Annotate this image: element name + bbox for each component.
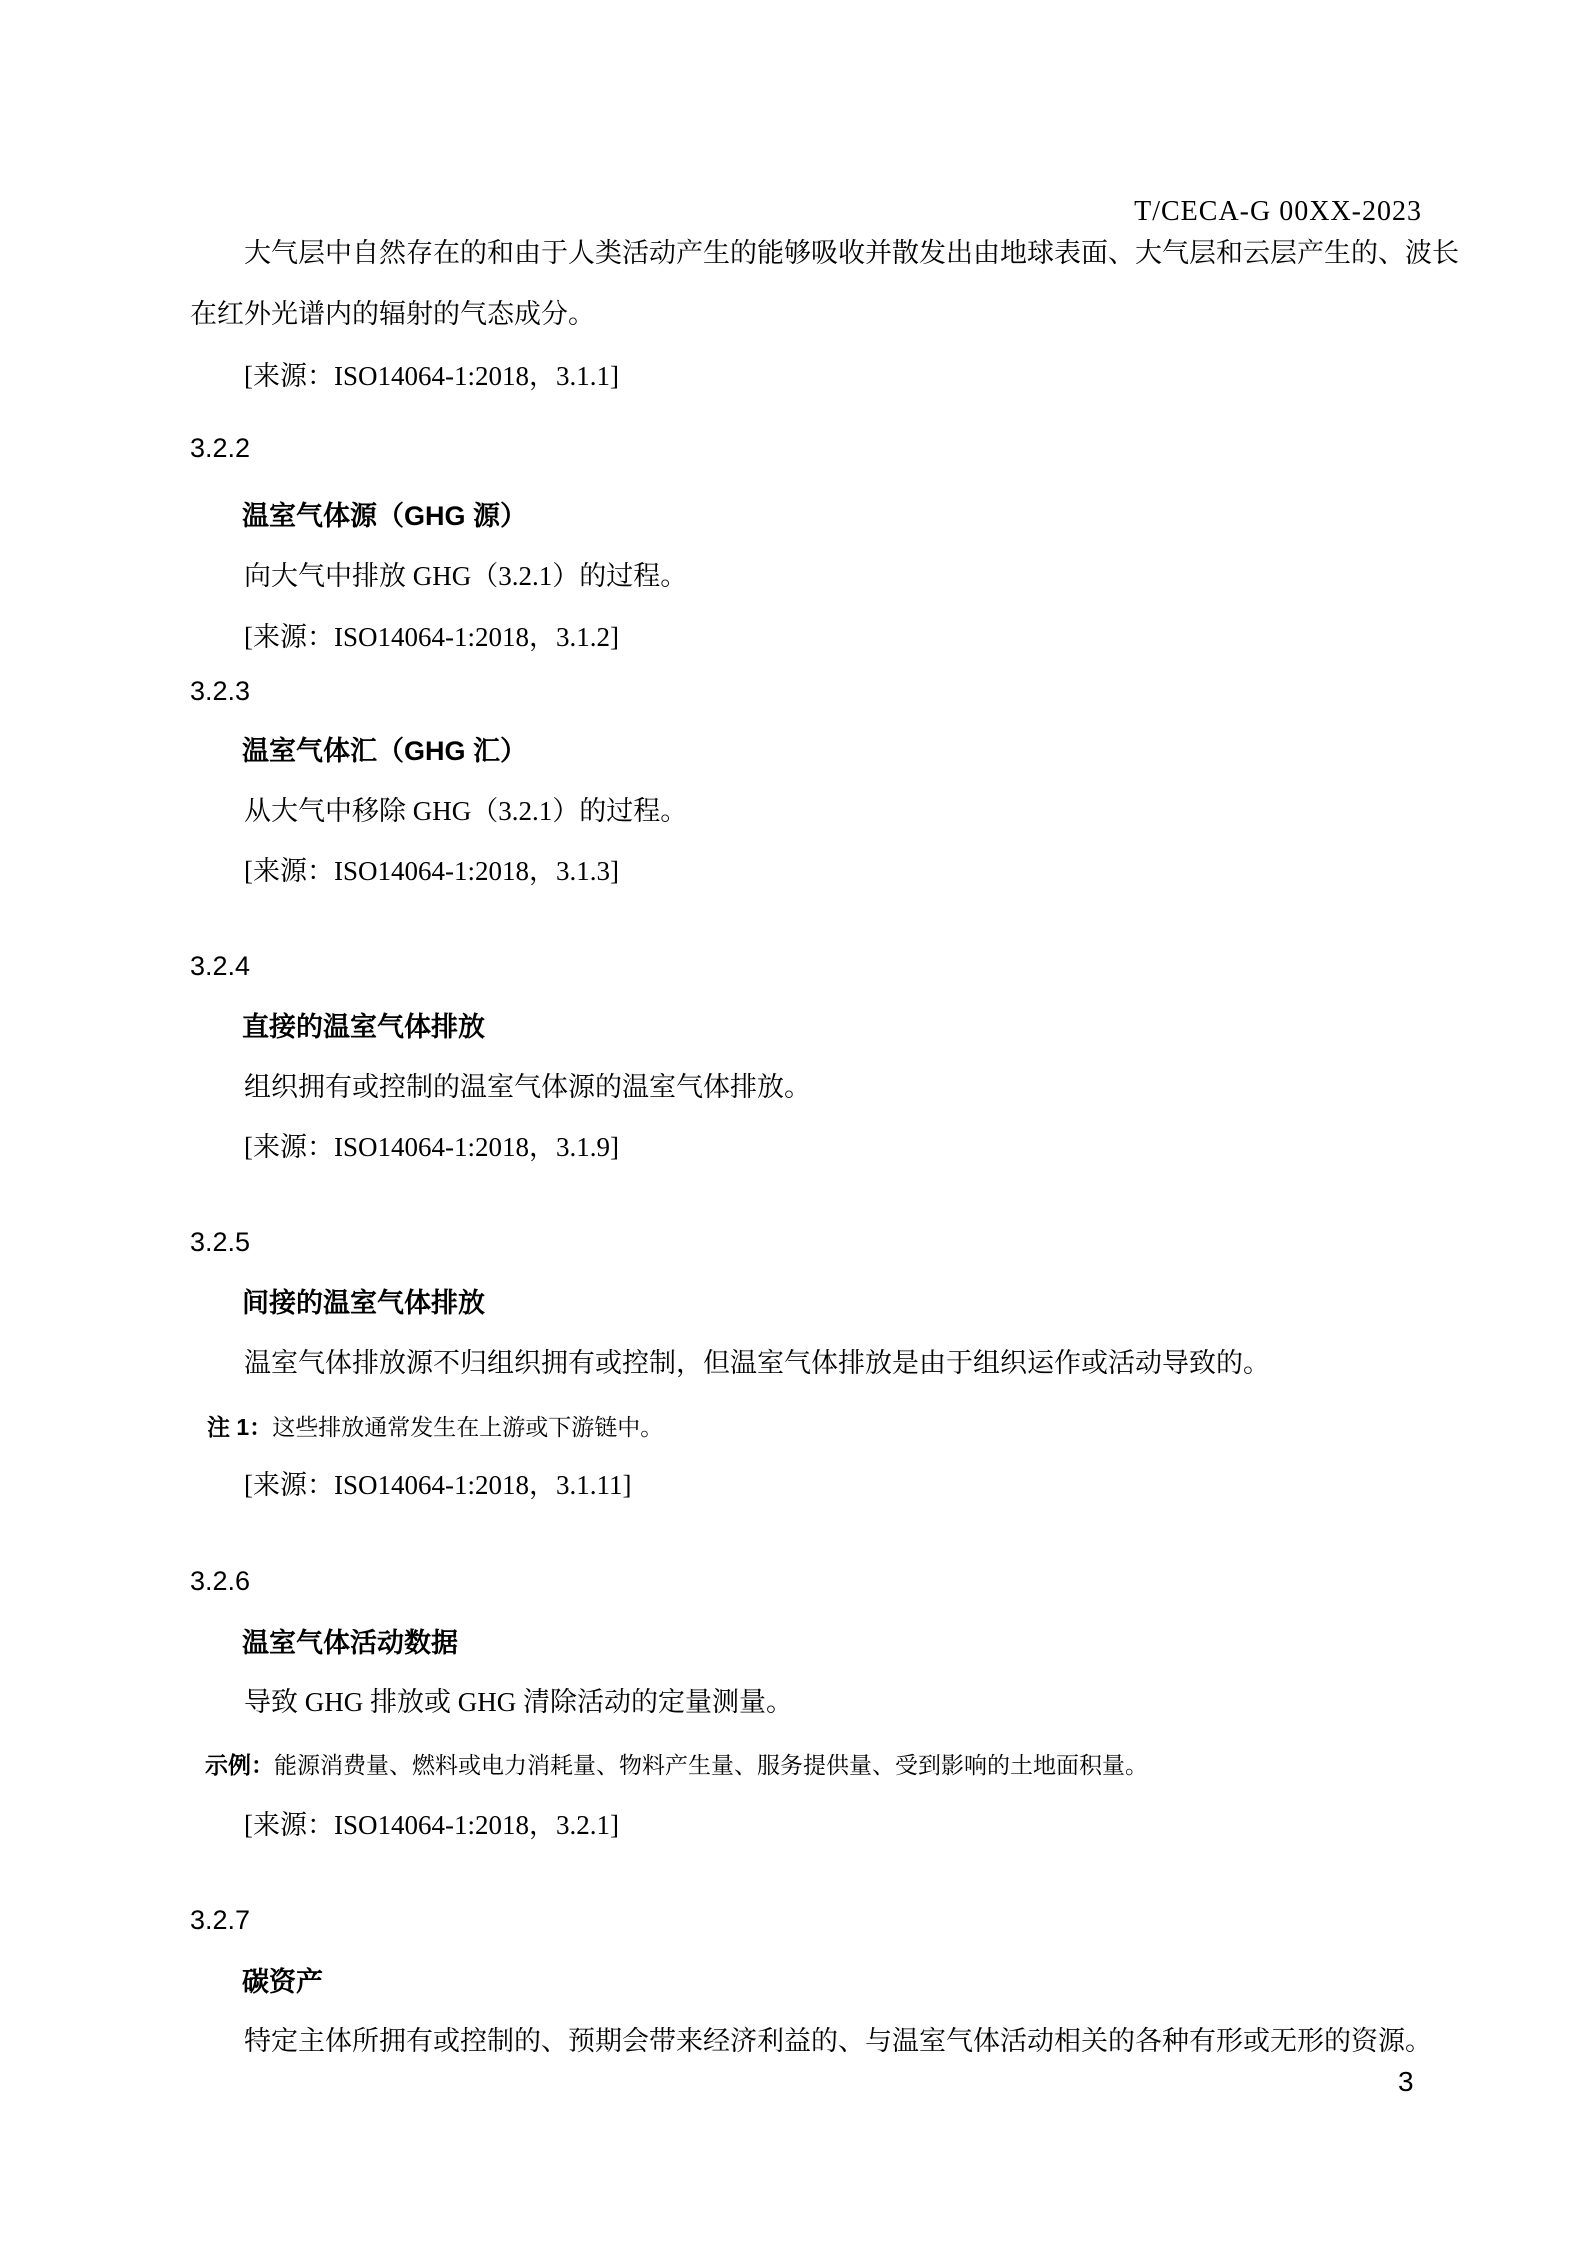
term-heading: 温室气体活动数据 xyxy=(242,1628,458,1659)
section-number: 3.2.6 xyxy=(190,1566,250,1597)
term-heading: 温室气体汇（GHG 汇） xyxy=(242,736,527,767)
term-heading: 间接的温室气体排放 xyxy=(242,1288,485,1319)
source-line: [来源：ISO14064-1:2018，3.1.9] xyxy=(244,1132,619,1163)
page-number: 3 xyxy=(1398,2066,1414,2098)
example-text: 能源消费量、燃料或电力消耗量、物料产生量、服务提供量、受到影响的土地面积量。 xyxy=(274,1753,1148,1778)
definition-line: 从大气中移除 GHG（3.2.1）的过程。 xyxy=(244,796,687,827)
term-heading: 直接的温室气体排放 xyxy=(242,1012,485,1043)
source-line: [来源：ISO14064-1:2018，3.1.1] xyxy=(244,361,619,392)
definition-line: 导致 GHG 排放或 GHG 清除活动的定量测量。 xyxy=(244,1687,793,1718)
section-number: 3.2.5 xyxy=(190,1227,250,1258)
note-label: 注 1： xyxy=(207,1414,272,1440)
intro-paragraph-line-2: 在红外光谱内的辐射的气态成分。 xyxy=(190,299,595,330)
note-line: 注 1：这些排放通常发生在上游或下游链中。 xyxy=(207,1414,663,1441)
section-number: 3.2.3 xyxy=(190,676,250,707)
source-line: [来源：ISO14064-1:2018，3.1.11] xyxy=(244,1470,631,1501)
definition-line: 向大气中排放 GHG（3.2.1）的过程。 xyxy=(244,561,687,592)
definition-line: 特定主体所拥有或控制的、预期会带来经济利益的、与温室气体活动相关的各种有形或无形… xyxy=(244,2026,1432,2057)
section-number: 3.2.7 xyxy=(190,1905,250,1936)
source-line: [来源：ISO14064-1:2018，3.2.1] xyxy=(244,1810,619,1841)
source-line: [来源：ISO14064-1:2018，3.1.2] xyxy=(244,622,619,653)
source-line: [来源：ISO14064-1:2018，3.1.3] xyxy=(244,856,619,887)
definition-line: 组织拥有或控制的温室气体源的温室气体排放。 xyxy=(244,1072,811,1103)
section-number: 3.2.4 xyxy=(190,951,250,982)
example-line: 示例：能源消费量、燃料或电力消耗量、物料产生量、服务提供量、受到影响的土地面积量… xyxy=(205,1752,1148,1779)
definition-line: 温室气体排放源不归组织拥有或控制，但温室气体排放是由于组织运作或活动导致的。 xyxy=(244,1348,1270,1379)
intro-paragraph-line-1: 大气层中自然存在的和由于人类活动产生的能够吸收并散发出由地球表面、大气层和云层产… xyxy=(244,238,1459,269)
term-heading: 碳资产 xyxy=(242,1967,323,1998)
section-number: 3.2.2 xyxy=(190,433,250,464)
term-heading: 温室气体源（GHG 源） xyxy=(242,501,527,532)
note-text: 这些排放通常发生在上游或下游链中。 xyxy=(272,1415,663,1440)
example-label: 示例： xyxy=(205,1752,274,1778)
header-standard-code: T/CECA-G 00XX-2023 xyxy=(1134,196,1422,228)
document-page: T/CECA-G 00XX-2023 大气层中自然存在的和由于人类活动产生的能够… xyxy=(0,0,1588,2245)
